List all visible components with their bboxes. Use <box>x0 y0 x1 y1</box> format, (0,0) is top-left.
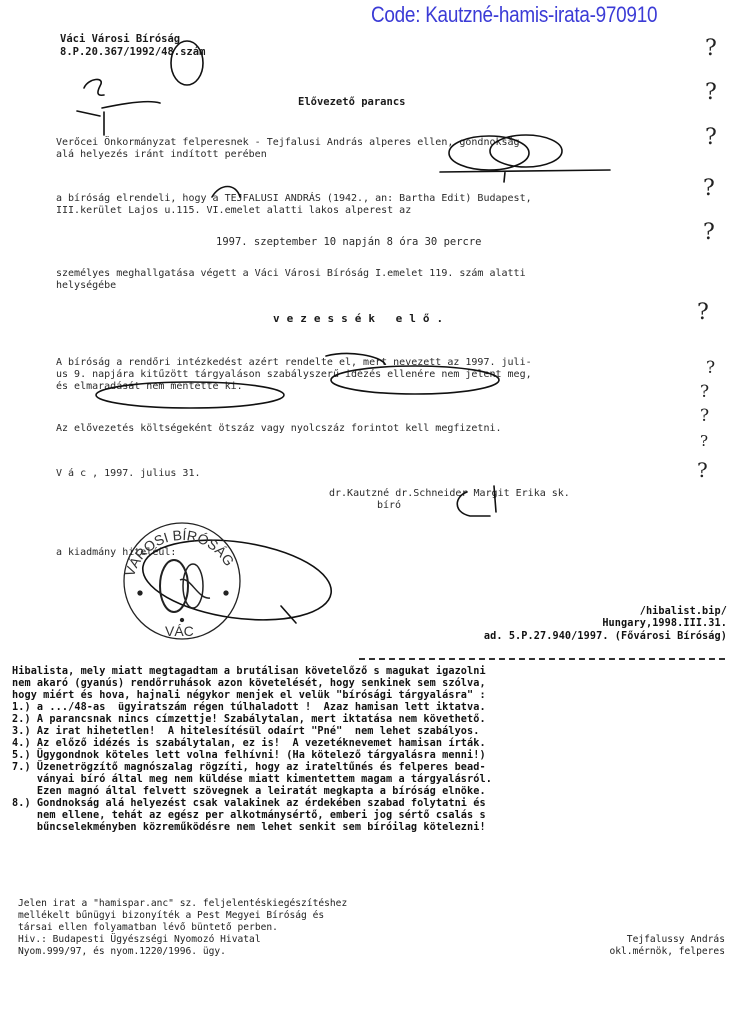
cost-line: Az elővezetés költségeként ötszáz vagy n… <box>56 423 502 435</box>
footer-line-5: Nyom.999/97, és nyom.1220/1996. ügy. <box>18 946 226 958</box>
command-text: vezessék elő. <box>273 312 450 325</box>
dashed-divider <box>359 658 725 660</box>
stamp-bottom-text: VÁC <box>165 623 194 639</box>
margin-question-mark: ? <box>705 125 717 150</box>
annotation-intro-1: Hibalista, mely miatt megtagadtam a brut… <box>12 666 486 678</box>
margin-question-mark: ? <box>697 300 709 325</box>
margin-question-mark: ? <box>705 36 717 61</box>
margin-question-mark: ? <box>700 382 709 402</box>
intro-line-1: Verőcei Önkormányzat felperesnek - Tejfa… <box>56 137 520 149</box>
list-item: 4.) Az előző idézés is szabálytalan, ez … <box>12 738 486 750</box>
list-item: 2.) A parancsnak nincs címzettje! Szabál… <box>12 714 486 726</box>
footer-line-1: Jelen irat a "hamispar.anc" sz. feljelen… <box>18 898 347 910</box>
case-number: 8.P.20.367/1992/48.szám <box>60 46 205 58</box>
margin-question-mark: ? <box>703 176 715 201</box>
order-line-1: a bíróság elrendeli, hogy a TEJFALUSI AN… <box>56 193 532 205</box>
intro-line-2: alá helyezés iránt indított perében <box>56 149 267 161</box>
list-item: Ezen magnó által felvett szövegnek a lei… <box>12 786 486 798</box>
reason-line-3: és elmaradását nem mentette ki. <box>56 381 243 393</box>
annotation-file: /hibalist.bip/ <box>640 606 727 618</box>
margin-question-mark: ? <box>706 358 715 378</box>
list-item: 8.) Gondnokság alá helyezést csak valaki… <box>12 798 486 810</box>
list-item: bűncselekményben közreműködésre nem lehe… <box>12 822 486 834</box>
list-item: 5.) Ügygondnok köteles lett volna felhív… <box>12 750 486 762</box>
judge-title: bíró <box>377 500 401 512</box>
annotation-date: Hungary,1998.III.31. <box>602 618 727 630</box>
squiggle-mark <box>84 79 104 95</box>
footer-line-4: Hiv.: Budapesti Ügyészségi Nyomozó Hivat… <box>18 934 261 946</box>
annotation-reference: ad. 5.P.27.940/1997. (Fővárosi Bíróság) <box>484 631 727 643</box>
list-item: 7.) Üzenetrögzítő magnószalag rögzíti, h… <box>12 762 486 774</box>
footer-line-3: társai ellen folyamatban lévő büntető pe… <box>18 922 278 934</box>
court-name: Váci Városi Bíróság <box>60 33 180 45</box>
list-item: 3.) Az irat hihetetlen! A hitelesítésül … <box>12 726 480 738</box>
arrow-mark <box>77 102 160 135</box>
margin-question-mark: ? <box>700 406 709 426</box>
court-stamp <box>124 523 240 639</box>
annotation-intro-2: nem akaró (gyanús) rendőrruhások azon kö… <box>12 678 486 690</box>
list-item: nem ellene, tehát az egész per alkotmány… <box>12 810 486 822</box>
certified-label: a kiadmány hiteléül: <box>56 547 176 559</box>
signature-title: okl.mérnök, felperes <box>609 946 725 958</box>
reason-line-1: A bíróság a rendőri intézkedést azért re… <box>56 357 532 369</box>
hearing-datetime: 1997. szeptember 10 napján 8 óra 30 perc… <box>216 236 482 248</box>
margin-question-mark: ? <box>705 80 717 105</box>
reason-line-2: us 9. napjára kitűzött tárgyaláson szabá… <box>56 369 532 381</box>
annotation-intro-3: hogy miért és hova, hajnali négykor menj… <box>12 690 486 702</box>
margin-question-mark: ? <box>697 458 708 482</box>
margin-question-mark: ? <box>703 220 715 245</box>
list-item: ványai bíró által meg nem küldése miatt … <box>12 774 492 786</box>
order-line-2: III.kerület Lajos u.115. VI.emelet alatt… <box>56 205 411 217</box>
document-code-label: Code: Kautzné-hamis-irata-970910 <box>371 2 657 28</box>
judge-name: dr.Kautzné dr.Schneider Margit Erika sk. <box>329 488 570 500</box>
list-item: 1.) a .../48-as ügyiratszám régen túlhal… <box>12 702 486 714</box>
hearing-line-2: helységébe <box>56 280 116 292</box>
hearing-line-1: személyes meghallgatása végett a Váci Vá… <box>56 268 526 280</box>
place-date: V á c , 1997. julius 31. <box>56 468 201 480</box>
footer-line-2: mellékelt bűnügyi bizonyíték a Pest Megy… <box>18 910 324 922</box>
margin-question-mark: ? <box>700 432 708 450</box>
document-title: Elővezető parancs <box>298 96 405 108</box>
signature-name: Tejfalussy András <box>627 934 725 946</box>
